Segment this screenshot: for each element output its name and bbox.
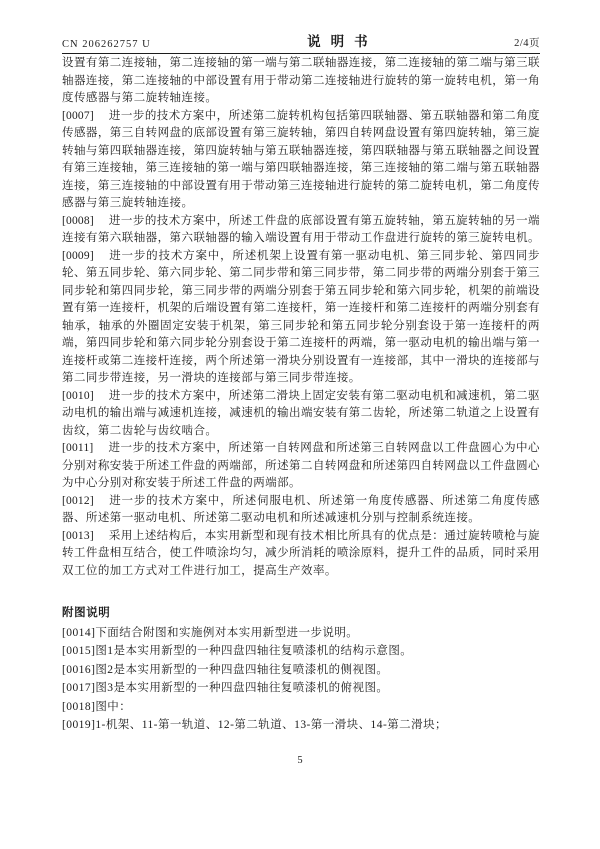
paragraph-text: 图1是本实用新型的一种四盘四轴往复喷漆机的结构示意图。 [95, 645, 412, 657]
paragraph: [0007]进一步的技术方案中，所述第二旋转机构包括第四联轴器、第五联轴器和第二… [62, 108, 540, 213]
footer-page-number: 5 [0, 755, 600, 766]
paragraph-text: 进一步的技术方案中，所述机架上设置有第一驱动电机、第三同步轮、第四同步轮、第五同… [62, 250, 540, 385]
paragraph-number: [0013] [62, 530, 94, 542]
figure-description-paragraphs: [0014]下面结合附图和实施例对本实用新型进一步说明。 [0015]图1是本实… [62, 624, 540, 734]
paragraph-number: [0014] [62, 627, 95, 639]
paragraph-number: [0015] [62, 645, 95, 657]
paragraph-text: 进一步的技术方案中，所述第一自转网盘和所述第三自转网盘以工件盘圆心为中心分别对称… [62, 442, 540, 489]
paragraph-number: [0012] [62, 495, 94, 507]
paragraph: [0009]进一步的技术方案中，所述机架上设置有第一驱动电机、第三同步轮、第四同… [62, 248, 540, 388]
paragraph: [0015]图1是本实用新型的一种四盘四轴往复喷漆机的结构示意图。 [62, 642, 540, 660]
document-title: 说明书 [297, 30, 378, 50]
patent-specification-page: CN 206262757 U 说明书 2/4页 设置有第二连接轴，第二连接轴的第… [0, 0, 600, 849]
paragraph-text: 进一步的技术方案中，所述工件盘的底部设置有第五旋转轴，第五旋转轴的另一端连接有第… [62, 215, 540, 245]
paragraph: [0010]进一步的技术方案中，所述第二滑块上固定安装有第二驱动电机和减速机，第… [62, 388, 540, 441]
paragraph-number: [0018] [62, 701, 95, 713]
paragraph-text: 1-机架、11-第一轨道、12-第二轨道、13-第一滑块、14-第二滑块； [95, 719, 447, 731]
document-number: CN 206262757 U [62, 39, 151, 50]
paragraph-text: 图3是本实用新型的一种四盘四轴往复喷漆机的俯视图。 [95, 682, 388, 694]
paragraph: [0013]采用上述结构后，本实用新型和现有技术相比所具有的优点是：通过旋转喷枪… [62, 528, 540, 581]
paragraph: [0011]进一步的技术方案中，所述第一自转网盘和所述第三自转网盘以工件盘圆心为… [62, 440, 540, 493]
paragraph: 设置有第二连接轴，第二连接轴的第一端与第二联轴器连接，第二连接轴的第二端与第三联… [62, 55, 540, 108]
paragraph-text: 设置有第二连接轴，第二连接轴的第一端与第二联轴器连接，第二连接轴的第二端与第三联… [62, 57, 540, 104]
paragraph-number: [0007] [62, 110, 94, 122]
paragraph: [0012]进一步的技术方案中，所述伺服电机、所述第一角度传感器、所述第二角度传… [62, 493, 540, 528]
paragraph-number: [0008] [62, 215, 94, 227]
paragraph-text: 下面结合附图和实施例对本实用新型进一步说明。 [95, 627, 358, 639]
paragraph-number: [0017] [62, 682, 95, 694]
paragraph-number: [0010] [62, 390, 94, 402]
paragraph: [0018]图中： [62, 698, 540, 716]
paragraph-number: [0016] [62, 664, 95, 676]
paragraph-text: 进一步的技术方案中，所述伺服电机、所述第一角度传感器、所述第二角度传感器、所述第… [62, 495, 540, 525]
description-paragraphs: 设置有第二连接轴，第二连接轴的第一端与第二联轴器连接，第二连接轴的第二端与第三联… [62, 55, 540, 580]
paragraph-text: 图中： [95, 701, 131, 713]
paragraph-text: 图2是本实用新型的一种四盘四轴往复喷漆机的侧视图。 [95, 664, 388, 676]
paragraph-number: [0011] [62, 442, 93, 454]
paragraph: [0014]下面结合附图和实施例对本实用新型进一步说明。 [62, 624, 540, 642]
paragraph: [0019]1-机架、11-第一轨道、12-第二轨道、13-第一滑块、14-第二… [62, 716, 540, 734]
paragraph-number: [0019] [62, 719, 95, 731]
paragraph-text: 进一步的技术方案中，所述第二滑块上固定安装有第二驱动电机和减速机，第二驱动电机的… [62, 390, 540, 437]
paragraph-text: 进一步的技术方案中，所述第二旋转机构包括第四联轴器、第五联轴器和第二角度传感器，… [62, 110, 540, 210]
paragraph: [0017]图3是本实用新型的一种四盘四轴往复喷漆机的俯视图。 [62, 679, 540, 697]
specification-body: 设置有第二连接轴，第二连接轴的第一端与第二联轴器连接，第二连接轴的第二端与第三联… [62, 55, 540, 734]
section-heading-figures: 附图说明 [62, 604, 540, 620]
paragraph: [0008]进一步的技术方案中，所述工件盘的底部设置有第五旋转轴，第五旋转轴的另… [62, 213, 540, 248]
paragraph-text: 采用上述结构后，本实用新型和现有技术相比所具有的优点是：通过旋转喷枪与旋转工件盘… [62, 530, 540, 577]
page-indicator: 2/4页 [514, 35, 540, 50]
page-header: CN 206262757 U 说明书 2/4页 [62, 33, 540, 54]
paragraph: [0016]图2是本实用新型的一种四盘四轴往复喷漆机的侧视图。 [62, 661, 540, 679]
paragraph-number: [0009] [62, 250, 94, 262]
